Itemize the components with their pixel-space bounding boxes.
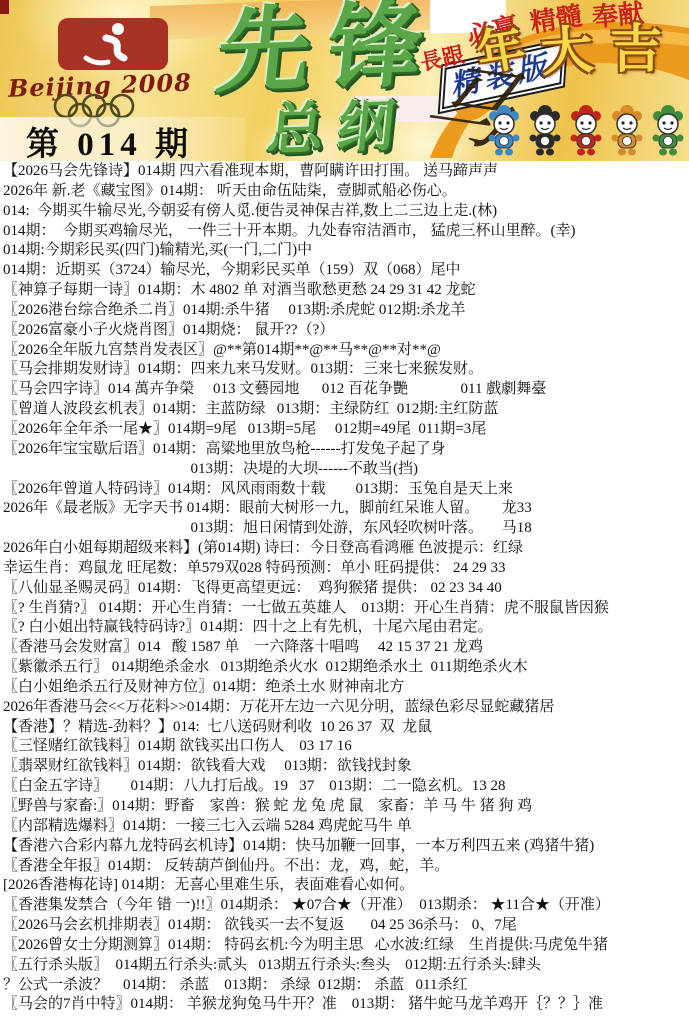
- report-line: 014期： 今期买鸡输尽光， 一件三十开本期。九处春帘洁酒市， 猛虎三杯山里醉。…: [3, 222, 689, 242]
- report-line: 【香港六合彩内幕九龙特码玄机诗】014期：快马加鞭一回事，一本万利四五来 (鸡猪…: [3, 837, 689, 857]
- report-line: 〖野兽与家畜:〗014期：野畜 家兽：猴 蛇 龙 兔 虎 鼠 家畜：羊 马 牛 …: [3, 797, 689, 817]
- report-line: 〖马会的7肖中特〗014期： 羊猴龙狗兔马牛开？准 013期： 猪牛蛇马龙羊鸡开…: [3, 995, 689, 1015]
- report-line: 〖香港马会发财富〗014 酸 1587 单 一六降落十唱鸣 42 15 37 2…: [3, 638, 689, 658]
- masthead-title-xianfeng: 先锋: [213, 0, 446, 99]
- report-line: 幸运生肖：鸡鼠龙 旺尾数：单579双028 特码预测：单小 旺码提供： 24 2…: [3, 559, 689, 579]
- blessing-char-nian: 年: [473, 24, 529, 80]
- masthead-title-zonggang: 总纲: [265, 98, 412, 159]
- report-line: 014期：近期买（3724）输尽光，今期彩民买单（159）双（068）尾中: [3, 261, 689, 281]
- report-line: 〖三怪赌红欲钱料〗014期 欲钱买出口伤人 03 17 16: [3, 737, 689, 757]
- report-line: 〖香港集发禁合（今年 错 一)!!〗014期杀： ★07合★（开准） 013期杀…: [3, 896, 689, 916]
- fuwa-mascots-row: [486, 102, 686, 161]
- blessing-char-ji: 吉: [610, 24, 662, 76]
- report-line: 014期:今期彩民买(四门)输精光,买(一门,二门)中: [3, 241, 689, 261]
- report-line: 〖紫徽杀五行〗 014期绝杀金水 013期绝杀火水 012期绝杀水土 011期绝…: [3, 658, 689, 678]
- report-line: 【2026马会先锋诗】014期 四六看准现本期，曹阿瞒许田打围。 送马蹄声声: [3, 162, 689, 182]
- report-line: 〖? 生肖猜?〗 014期：开心生肖猜：一七做五英雄人 013期：开心生肖猜：虎…: [3, 599, 689, 619]
- report-line: 2026年香港马会<<万花料>>014期：万花开左边一六见分明，蓝绿色彩尽显蛇藏…: [3, 698, 689, 718]
- report-line: 〖2026全年版九宫禁肖发表区〗@**第014期**@**马**@**对**@: [3, 341, 689, 361]
- report-line: 〖2026年全年杀一尾★〗014期=9尾 013期=5尾 012期=49尾 01…: [3, 420, 689, 440]
- report-line: 〖香港全年报〗014期： 反转葫芦倒仙丹。不出：龙，鸡，蛇，羊。: [3, 857, 689, 877]
- blessing-char-da: 大: [539, 24, 595, 80]
- report-line: 014: 今期买牛输尽光,今朝妥有傍人觅.便告灵神保吉祥,数上二三边上走.(林): [3, 202, 689, 222]
- fuwa-huanhuan-icon: [568, 102, 604, 161]
- report-line: 〖神算子每期一诗〗014期：木 4802 单 对酒当歌愁更愁 24 29 31 …: [3, 281, 689, 301]
- report-line: 〖八仙显圣赐灵码〗014期：飞得更高望更远： 鸡狗猴猪 提供： 02 23 34…: [3, 579, 689, 599]
- report-line: 2026年《最老版》无字天书 014期：眼前大树形一九，脚前红呆谁人留。 龙33: [3, 499, 689, 519]
- fuwa-jingjing-icon: [527, 102, 563, 161]
- report-line: 〖? 白小姐出特赢钱特码诗?〗014期：四十之上有先机，十尾六尾由君定。: [3, 618, 689, 638]
- report-line: ？公式一杀波？ 014期： 杀蓝 013期： 杀绿 012期： 杀蓝 011杀红: [3, 976, 689, 996]
- report-line: 2026年 新.老《藏宝图》014期： 听天由命伍陆柒，壹脚贰船必伤心。: [3, 182, 689, 202]
- report-line: 〖翡翠财红欲钱料〗014期：欲钱看大戏 013期：欲钱找封象: [3, 757, 689, 777]
- report-line: 〖2026港台综合绝杀二肖〗014期:杀牛猪 013期:杀虎蛇 012期:杀龙羊: [3, 301, 689, 321]
- report-line: 〖白小姐绝杀五行及财神方位〗014期：绝杀土水 财神南北方: [3, 678, 689, 698]
- report-line: [2026香港梅花诗] 014期：无喜心里难生乐，表面难看心如何。: [3, 876, 689, 896]
- report-line: 013期：决堤的大坝------不敢当(挡): [3, 460, 689, 480]
- fuwa-beibei-icon: [486, 102, 522, 161]
- report-line: 〖马会四字诗〗014 萬卉争榮 013 文藝园地 012 百花争艷 011 戲劇…: [3, 380, 689, 400]
- report-line: 〖2026富豪小子火烧肖图〗014期烧： 鼠开??（?）: [3, 321, 689, 341]
- report-line: 〖2026年宝宝歇后语〗014期：高粱地里放鸟枪------打发兔子起了身: [3, 440, 689, 460]
- report-line: 〖2026曾女士分期测算〗014期： 特码玄机:今为明主思 心水波:红绿 生肖提…: [3, 936, 689, 956]
- fuwa-yingying-icon: [609, 102, 645, 161]
- tip-sheet-page: Beijing 2008 第 014 期 先锋 总纲 精装版 必赢 精髓 奉献 …: [0, 0, 689, 1017]
- report-line: 〖2026马会玄机排期表〗014期： 欲钱买一去不复返 04 25 36杀马： …: [3, 916, 689, 936]
- masthead-banner: Beijing 2008 第 014 期 先锋 总纲 精装版 必赢 精髓 奉献 …: [0, 0, 689, 161]
- report-line: 013期：旭日闲情到处游，东风轻吹树叶落。 马18: [3, 519, 689, 539]
- report-line: 〖白金五字诗〗 014期：八九打后战。19 37 013期：二一隐玄机。13 2…: [3, 777, 689, 797]
- report-line: 〖内部精选爆料〗014期：一接三七入云端 5284 鸡虎蛇马牛 单: [3, 817, 689, 837]
- fuwa-nini-icon: [650, 102, 686, 161]
- report-line: 【香港】？精选-劲料？】014: 七八送码财利收 10 26 37 双 龙鼠: [3, 718, 689, 738]
- report-lines: 【2026马会先锋诗】014期 四六看准现本期，曹阿瞒许田打围。 送马蹄声声20…: [0, 161, 689, 1017]
- corner-mark: [0, 0, 9, 14]
- report-line: 〖曾道人波段玄机表〗014期：主蓝防绿 013期：主绿防红 012期:主红防蓝: [3, 400, 689, 420]
- issue-number: 第 014 期: [26, 118, 193, 161]
- report-line: 〖2026年曾道人特码诗〗014期：风风雨雨数十载 013期：玉兔自是天上来: [3, 480, 689, 500]
- report-line: 2026年白小姐每期超级来料】(第014期) 诗曰：今日登高看鸿雁 色波提示：红…: [3, 539, 689, 559]
- report-line: 〖五行杀头版〗 014期五行杀头:贰头 013期五行杀头:叁头 012期:五行杀…: [3, 956, 689, 976]
- report-line: 〖马会排期发财诗〗014期：四来九来马发财。013期：三来七来猴发财。: [3, 360, 689, 380]
